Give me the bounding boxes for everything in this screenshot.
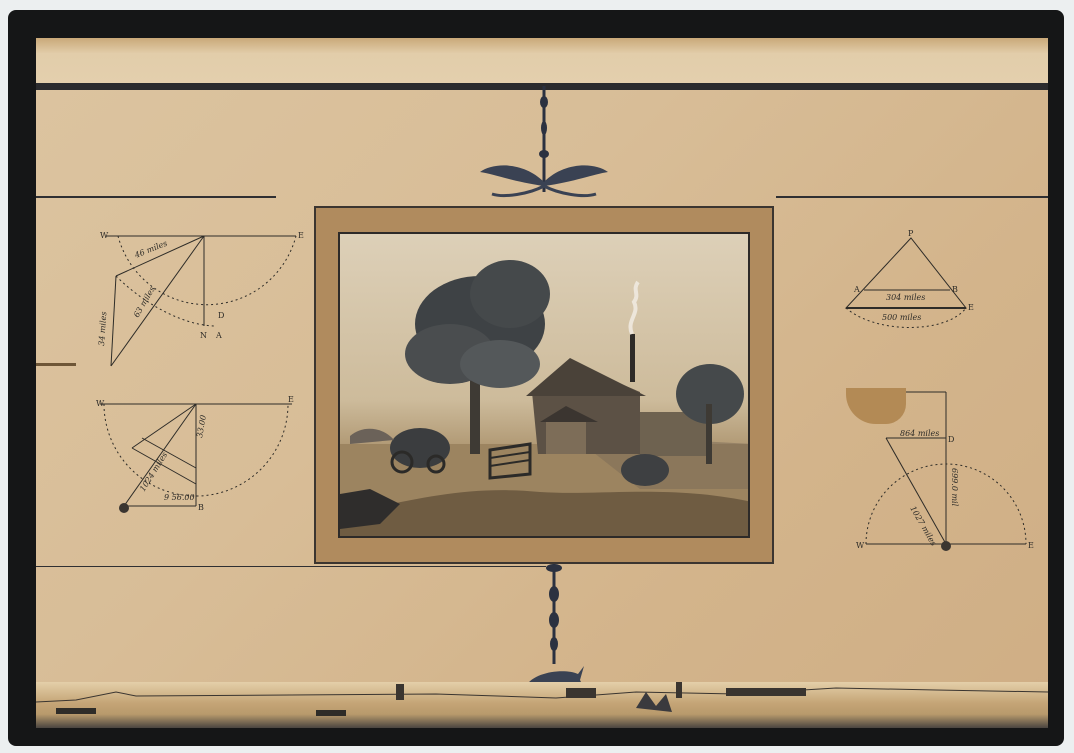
divider [776, 196, 1048, 198]
svg-text:A: A [853, 285, 860, 294]
svg-text:D: D [218, 311, 224, 320]
svg-text:P: P [908, 229, 914, 238]
svg-text:A: A [215, 331, 222, 340]
black-mount-board: W E N A D 46 miles 63 miles 34 miles W E… [8, 10, 1064, 746]
svg-text:864 miles: 864 miles [900, 429, 939, 438]
diagram-bottom-left: W E B 1024 miles 33.00 9 56.00 [96, 388, 296, 518]
svg-text:63 miles: 63 miles [132, 285, 157, 319]
case-block [588, 80, 988, 128]
svg-text:E: E [298, 231, 304, 240]
svg-text:699.0 mil: 699.0 mil [950, 468, 959, 507]
center-picture-frame [314, 206, 774, 564]
diagram-top-left: W E N A D 46 miles 63 miles 34 miles [76, 206, 316, 376]
question-block [80, 84, 530, 108]
svg-text:9 56.00: 9 56.00 [164, 493, 195, 502]
svg-text:B: B [198, 503, 204, 512]
coast-shape [846, 388, 906, 424]
svg-text:W: W [96, 399, 105, 408]
svg-text:1027 miles: 1027 miles [908, 505, 938, 548]
problem-right-block [552, 568, 1022, 616]
svg-text:33.00: 33.00 [195, 414, 208, 438]
coast-silhouette [36, 682, 1048, 728]
divider [36, 566, 546, 567]
svg-text:B: B [952, 285, 958, 294]
svg-text:W: W [856, 541, 865, 550]
svg-text:E: E [968, 303, 974, 312]
problem-left-block [52, 570, 512, 618]
svg-text:46 miles: 46 miles [132, 239, 168, 261]
divider [36, 196, 276, 198]
diagram-annotation: 304 miles [886, 293, 925, 302]
diagram-top-right: P A B E 304 miles 500 miles [836, 234, 986, 334]
farmhouse-scene [340, 234, 750, 538]
coastline-panorama [36, 682, 1048, 728]
coastline [36, 363, 76, 366]
svg-text:E: E [1028, 541, 1034, 550]
svg-text:34 miles: 34 miles [97, 311, 108, 346]
farmhouse-picture [338, 232, 750, 538]
diagram-label: W [100, 231, 109, 240]
paper-sheet: W E N A D 46 miles 63 miles 34 miles W E… [36, 38, 1048, 728]
svg-text:1024 miles: 1024 miles [138, 451, 169, 493]
svg-text:500 miles: 500 miles [882, 313, 921, 322]
svg-text:E: E [288, 395, 294, 404]
svg-text:N: N [200, 331, 207, 340]
svg-text:D: D [948, 435, 954, 444]
